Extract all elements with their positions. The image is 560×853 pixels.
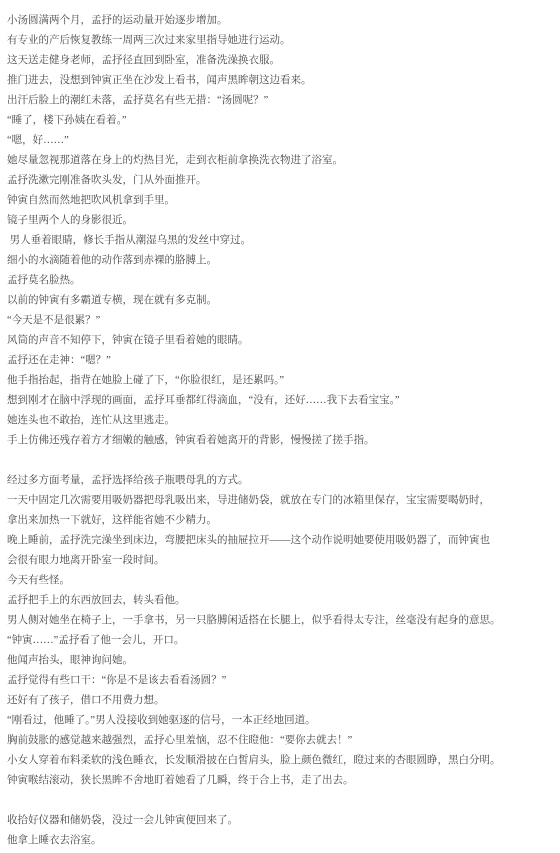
text-line: 还好有了孩子，借口不用费力想。 [7,691,552,711]
text-line: 孟抒还在走神：“嗯？” [7,351,552,371]
text-line: 孟抒把手上的东西放回去，转头看他。 [7,591,552,611]
text-line: “钟寅……”孟抒看了他一会儿，开口。 [7,631,552,651]
blank-line [7,451,552,471]
text-line: 男人垂着眼睛，修长手指从潮湿乌黑的发丝中穿过。 [7,231,552,251]
text-line: 他闻声抬头，眼神询问她。 [7,651,552,671]
text-line: 他拿上睡衣去浴室。 [7,831,552,851]
text-line: 风筒的声音不知停下，钟寅在镜子里看着她的眼睛。 [7,331,552,351]
text-line: 镜子里两个人的身影很近。 [7,211,552,231]
text-line: 她连头也不敢抬，连忙从这里逃走。 [7,411,552,431]
text-line: 钟寅喉结滚动，狭长黑眸不舍地盯着她看了几瞬，终于合上书，走了出去。 [7,771,552,791]
text-line: 她尽量忽视那道落在身上的灼热目光，走到衣柜前拿换洗衣物进了浴室。 [7,151,552,171]
text-line: 收拾好仪器和储奶袋，没过一会儿钟寅便回来了。 [7,811,552,831]
text-line: 经过多方面考量，孟抒选择给孩子瓶喂母乳的方式。 [7,471,552,491]
text-line: 男人侧对她坐在椅子上，一手拿书，另一只胳膊闲适搭在长腿上，似乎看得太专注，丝毫没… [7,611,552,631]
text-line: 以前的钟寅有多霸道专横，现在就有多克制。 [7,291,552,311]
text-line: 手上仿佛还残存着方才细嫩的触感，钟寅看着她离开的背影，慢慢搓了搓手指。 [7,431,552,451]
text-line: 出汗后脸上的潮红未落，孟抒莫名有些无措：“汤圆呢？” [7,91,552,111]
text-line: 胸前鼓胀的感觉越来越强烈，孟抒心里羞恼，忍不住瞪他：“要你去就去！” [7,731,552,751]
text-line: 拿出来加热一下就好，这样能省她不少精力。 [7,511,552,531]
text-line: 钟寅自然而然地把吹风机拿到手里。 [7,191,552,211]
text-line: 他手指抬起，指背在她脸上碰了下，“你脸很红，是还累吗。” [7,371,552,391]
text-line: 孟抒莫名脸热。 [7,271,552,291]
text-line: 小汤圆满两个月，孟抒的运动量开始逐步增加。 [7,11,552,31]
text-line: 小女人穿着布料柔软的浅色睡衣，长发顺滑披在白皙肩头，脸上颜色微红，瞪过来的杏眼圆… [7,751,552,771]
text-line: “嗯，好……” [7,131,552,151]
text-line: 这天送走健身老师，孟抒径直回到卧室，准备洗澡换衣服。 [7,51,552,71]
text-line: 孟抒觉得有些口干：“你是不是该去看看汤圆？” [7,671,552,691]
text-line: 晚上睡前，孟抒洗完澡坐到床边，弯腰把床头的抽屉拉开——这个动作说明她要使用吸奶器… [7,531,552,551]
text-line: 一天中固定几次需要用吸奶器把母乳吸出来，导进储奶袋，就放在专门的冰箱里保存，宝宝… [7,491,552,511]
text-line: 有专业的产后恢复教练一周两三次过来家里指导她进行运动。 [7,31,552,51]
blank-line [7,791,552,811]
text-line: “睡了，楼下孙姨在看着。” [7,111,552,131]
text-line: 孟抒洗漱完刚准备吹头发，门从外面推开。 [7,171,552,191]
text-line: “今天是不是很累？” [7,311,552,331]
text-line: 会很有眼力地离开卧室一段时间。 [7,551,552,571]
text-line: 今天有些怪。 [7,571,552,591]
novel-page: 小汤圆满两个月，孟抒的运动量开始逐步增加。 有专业的产后恢复教练一周两三次过来家… [0,0,560,853]
text-line: 推门进去，没想到钟寅正坐在沙发上看书，闻声黑眸朝这边看来。 [7,71,552,91]
text-line: 细小的水滴随着他的动作落到赤裸的胳膊上。 [7,251,552,271]
text-line: “刚看过，他睡了。”男人没接收到她驱逐的信号，一本正经地回道。 [7,711,552,731]
text-line: 想到刚才在脑中浮现的画面，孟抒耳垂都红得滴血，“没有，还好……我下去看宝宝。” [7,391,552,411]
